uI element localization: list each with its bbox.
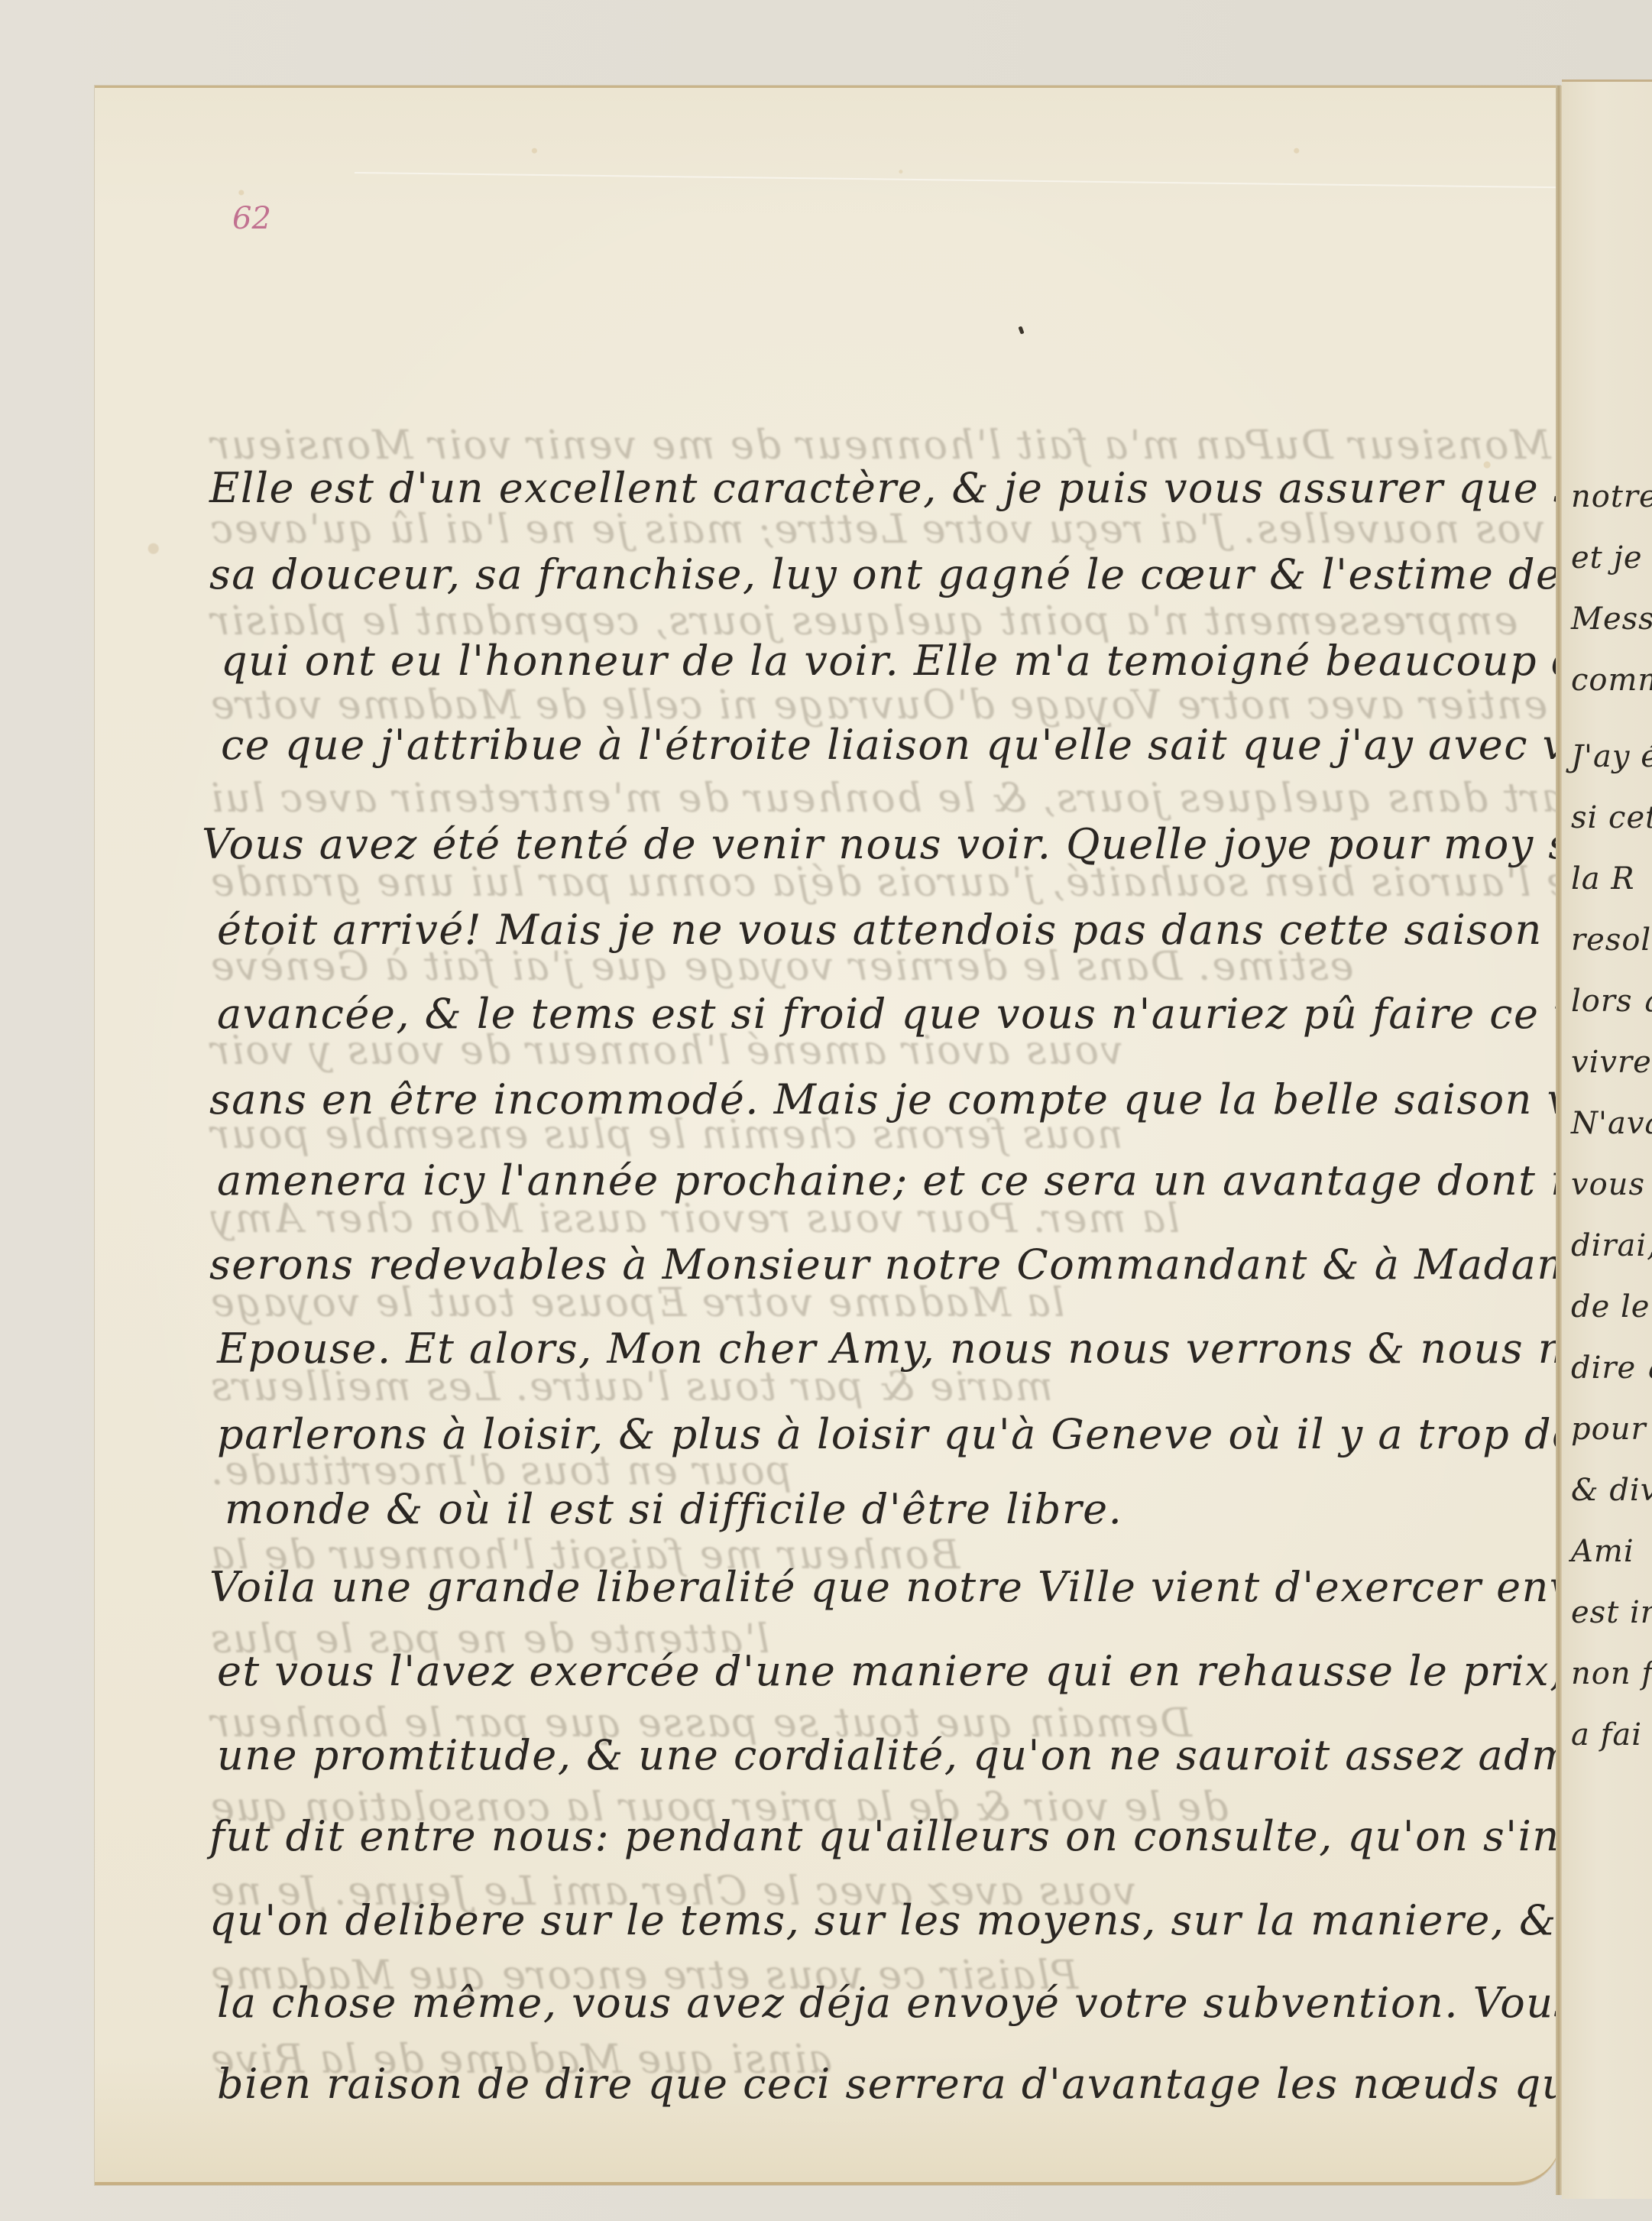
handwritten-line: bien raison de dire que ceci serrera d'a… — [217, 2060, 1652, 2108]
adjacent-line: Ami — [1571, 1534, 1634, 1569]
handwritten-line: Elle est d'un excellent caractère, & je … — [209, 464, 1652, 512]
handwritten-line: qui ont eu l'honneur de la voir. Elle m'… — [221, 637, 1652, 685]
adjacent-line: comm — [1571, 663, 1652, 698]
handwritten-line: Epouse. Et alors, Mon cher Amy, nous nou… — [217, 1324, 1642, 1373]
adjacent-line: la R — [1571, 861, 1634, 897]
handwritten-line: sans en être incommodé. Mais je compte q… — [209, 1075, 1647, 1123]
adjacent-line: pour — [1571, 1412, 1647, 1447]
adjacent-line: est in — [1571, 1595, 1652, 1630]
handwritten-line: monde & où il est si difficile d'être li… — [225, 1485, 1122, 1533]
handwritten-line: sa douceur, sa franchise, luy ont gagné … — [209, 550, 1652, 598]
manuscript-page: 62 Monsieur DuPan m'a fait l'honneur de … — [95, 86, 1560, 2185]
handwritten-line: serons redevables à Monsieur notre Comma… — [209, 1240, 1652, 1289]
adjacent-page: notre et je Messieu comm J'ay été si cet… — [1562, 79, 1652, 2199]
handwritten-line: amenera icy l'année prochaine; et ce ser… — [217, 1156, 1652, 1205]
handwritten-line: et vous l'avez exercée d'une maniere qui… — [217, 1647, 1652, 1695]
adjacent-line: si cette — [1571, 800, 1652, 835]
adjacent-line: et je — [1571, 540, 1643, 576]
adjacent-line: dire q — [1571, 1350, 1652, 1386]
adjacent-line: a fai — [1571, 1717, 1642, 1752]
adjacent-line: non f — [1571, 1656, 1652, 1691]
adjacent-line: notre — [1571, 479, 1652, 514]
handwritten-line: avancée, & le tems est si froid que vous… — [217, 990, 1652, 1038]
handwritten-line: Voila une grande liberalité que notre Vi… — [209, 1563, 1652, 1611]
handwritten-line: ce que j'attribue à l'étroite liaison qu… — [221, 721, 1652, 769]
adjacent-line: & div — [1571, 1473, 1652, 1508]
adjacent-line: lors q — [1571, 984, 1652, 1019]
handwritten-line: qu'on delibere sur le tems, sur les moye… — [209, 1896, 1652, 1944]
adjacent-line: J'ay été — [1571, 739, 1652, 774]
handwritten-line: Vous avez été tenté de venir nous voir. … — [202, 820, 1652, 868]
adjacent-line: vous — [1571, 1167, 1645, 1202]
handwritten-line: une promtitude, & une cordialité, qu'on … — [217, 1731, 1652, 1779]
handwritten-line: étoit arrivé! Mais je ne vous attendois … — [217, 906, 1652, 954]
letter-body: Elle est d'un excellent caractère, & je … — [95, 88, 1560, 2182]
adjacent-line: Messieu — [1571, 601, 1652, 637]
adjacent-line: resolu — [1571, 922, 1652, 958]
adjacent-line: dirai, — [1571, 1228, 1652, 1263]
binding-gutter — [1556, 86, 1562, 2195]
handwritten-line: fut dit entre nous: pendant qu'ailleurs … — [209, 1812, 1652, 1860]
adjacent-line: vivre, — [1571, 1045, 1652, 1080]
handwritten-line: la chose même, vous avez déja envoyé vot… — [217, 1979, 1652, 2027]
adjacent-line: N'ava — [1571, 1106, 1652, 1141]
adjacent-line: de le — [1571, 1289, 1650, 1324]
handwritten-line: parlerons à loisir, & plus à loisir qu'à… — [217, 1410, 1577, 1458]
